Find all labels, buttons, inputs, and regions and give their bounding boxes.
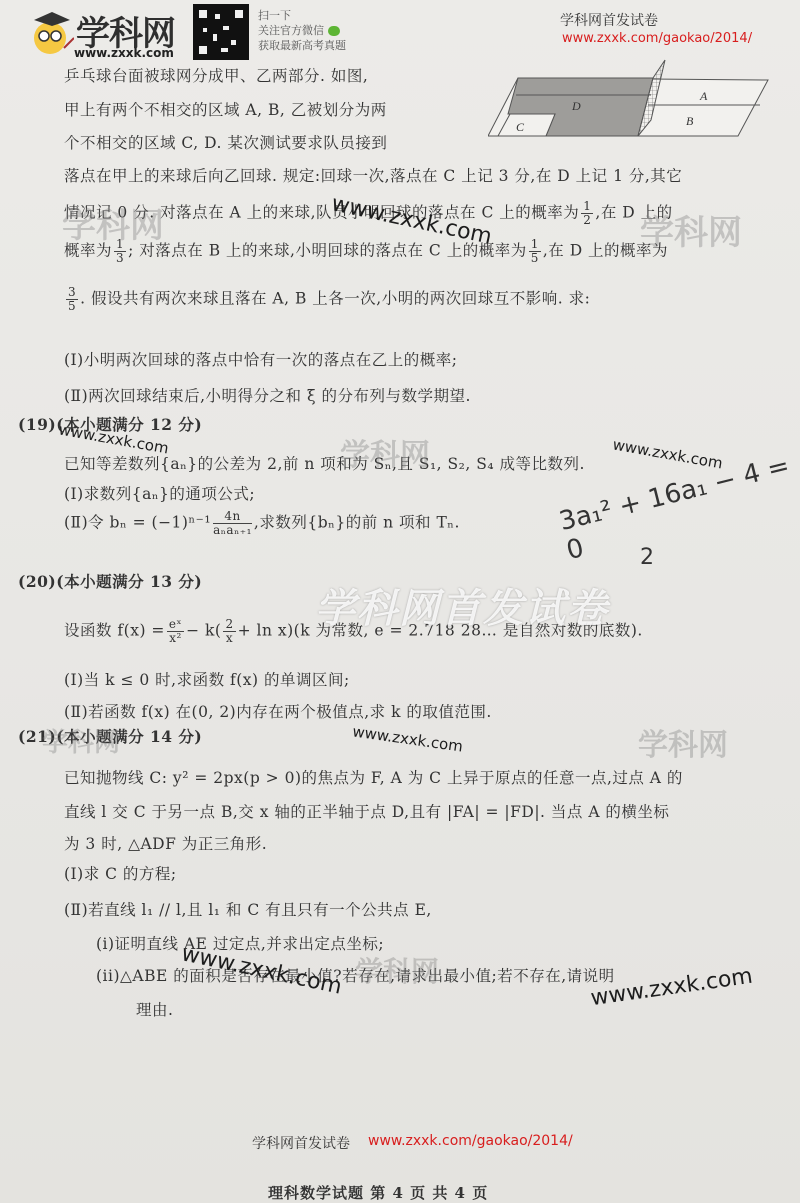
q19-part2-tail: ,求数列{bₙ}的前 n 项和 Tₙ. xyxy=(254,514,460,532)
fraction: 4naₙaₙ₊₁ xyxy=(213,510,252,537)
q20-stem-mid: − k( xyxy=(186,622,221,640)
watermark-url: www.zxxk.com xyxy=(611,435,724,472)
fraction: eˣx² xyxy=(167,618,184,645)
mascot-icon xyxy=(30,8,74,62)
q21-part2-i: (i)证明直线 AE 过定点,并求出定点坐标; xyxy=(96,932,384,954)
brand-url[interactable]: www.zxxk.com/gaokao/2014/ xyxy=(562,31,752,46)
q21-line3: 为 3 时, △ADF 为正三角形. xyxy=(64,832,267,854)
wechat-promo: 扫一下 关注官方微信 获取最新高考真题 xyxy=(258,8,346,53)
q18-line4: 落点在甲上的来球后向乙回球. 规定:回球一次,落点在 C 上记 3 分,在 D … xyxy=(64,164,682,186)
figure-label-d: D xyxy=(571,99,581,113)
handwritten-equation: 3a₁² + 16a₁ − 4 = 0 xyxy=(556,450,800,566)
q21-part1: (Ⅰ)求 C 的方程; xyxy=(64,862,177,884)
q21-line1: 已知抛物线 C: y² = 2px(p > 0)的焦点为 F, A 为 C 上异… xyxy=(64,766,683,788)
watermark-big: 学科网首发试卷 xyxy=(315,577,609,634)
handwritten-mark: 2 xyxy=(640,545,654,570)
logo-url: www.zxxk.com xyxy=(74,46,174,60)
q20-part1: (Ⅰ)当 k ≤ 0 时,求函数 f(x) 的单调区间; xyxy=(64,668,350,690)
qr-code[interactable] xyxy=(193,4,249,60)
footer-brand: 学科网首发试卷 xyxy=(252,1133,350,1153)
figure-label-b: B xyxy=(686,114,694,128)
fraction: 15 xyxy=(529,238,541,265)
q19-part2-text: (Ⅱ)令 bₙ = (−1)ⁿ⁻¹ xyxy=(64,514,211,532)
fraction: 12 xyxy=(581,200,593,227)
q20-header: (20)(本小题满分 13 分) xyxy=(18,570,202,592)
watermark-url: www.zxxk.com xyxy=(351,722,464,755)
q18-line7-text: . 假设共有两次来球且落在 A, B 上各一次,小明的两次回球互不影响. 求: xyxy=(80,290,590,308)
q21-part2-ii-tail: 理由. xyxy=(136,998,173,1020)
q18-line2: 甲上有两个不相交的区域 A, B, 乙被划分为两 xyxy=(64,98,387,120)
watermark-logo: 学科网 xyxy=(340,430,430,474)
page-number: 理科数学试题 第 4 页 共 4 页 xyxy=(268,1182,488,1203)
watermark-logo: 学科网 xyxy=(640,205,742,254)
fraction: 2x xyxy=(223,618,235,645)
q18-part1: (Ⅰ)小明两次回球的落点中恰有一次的落点在乙上的概率; xyxy=(64,348,457,370)
wechat-icon xyxy=(328,26,340,36)
watermark-logo: 学科网 xyxy=(42,722,120,759)
q20-part2: (Ⅱ)若函数 f(x) 在(0, 2)内存在两个极值点,求 k 的取值范围. xyxy=(64,700,492,722)
q19-stem: 已知等差数列{aₙ}的公差为 2,前 n 项和为 Sₙ,且 S₁, S₂, S₄… xyxy=(64,452,585,474)
table-tennis-figure: D C A B xyxy=(488,58,788,140)
wechat-line1: 扫一下 xyxy=(258,8,346,23)
q18-part2: (Ⅱ)两次回球结束后,小明得分之和 ξ 的分布列与数学期望. xyxy=(64,384,471,406)
zxxk-logo: 学科网 www.zxxk.com xyxy=(30,4,195,64)
q19-part1: (Ⅰ)求数列{aₙ}的通项公式; xyxy=(64,482,255,504)
watermark-logo: 学科网 xyxy=(355,950,439,990)
q18-line7: 35. 假设共有两次来球且落在 A, B 上各一次,小明的两次回球互不影响. 求… xyxy=(64,286,590,313)
q21-part2: (Ⅱ)若直线 l₁ // l,且 l₁ 和 C 有且只有一个公共点 E, xyxy=(64,898,432,920)
q20-stem-text: 设函数 f(x) = xyxy=(64,622,165,640)
figure-label-c: C xyxy=(516,120,525,134)
q18-line1: 乒乓球台面被球网分成甲、乙两部分. 如图, xyxy=(64,64,368,86)
q18-line3: 个不相交的区域 C, D. 某次测试要求队员接到 xyxy=(64,131,387,153)
q19-part2: (Ⅱ)令 bₙ = (−1)ⁿ⁻¹4naₙaₙ₊₁,求数列{bₙ}的前 n 项和… xyxy=(64,510,460,537)
wechat-line3: 获取最新高考真题 xyxy=(258,38,346,53)
brand-title: 学科网首发试卷 xyxy=(560,10,658,30)
watermark-logo: 学科网 xyxy=(638,720,728,764)
fraction: 35 xyxy=(66,286,78,313)
watermark-logo: 学科网 xyxy=(62,198,164,247)
q21-line2: 直线 l 交 C 于另一点 B,交 x 轴的正半轴于点 D,且有 |FA| = … xyxy=(64,800,669,822)
footer-url[interactable]: www.zxxk.com/gaokao/2014/ xyxy=(368,1133,573,1149)
wechat-line2: 关注官方微信 xyxy=(258,24,324,37)
figure-label-a: A xyxy=(699,89,708,103)
